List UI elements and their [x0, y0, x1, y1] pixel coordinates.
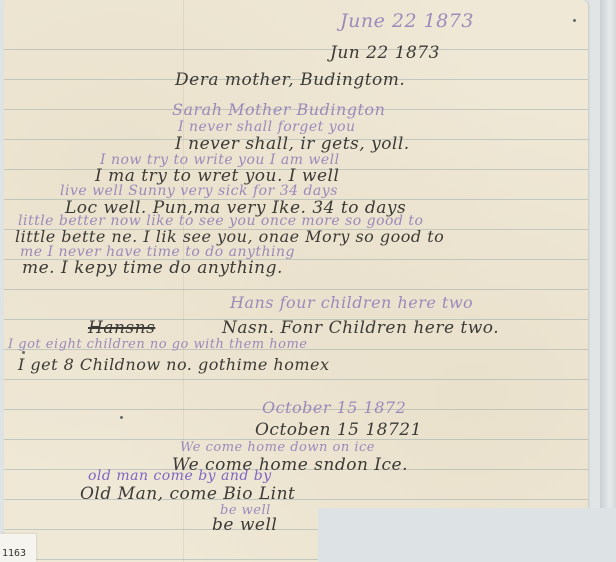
date-annotation: October 15 1872	[262, 398, 406, 417]
letter-line: Old Man, come Bio Lint	[80, 484, 295, 504]
salutation-annotation: Sarah Mother Budington	[172, 100, 385, 119]
catalog-number: 1163	[2, 548, 26, 559]
paper-speck	[120, 416, 123, 419]
line-annotation: We come home down on ice	[180, 440, 375, 455]
letter-date: Octoben 15 18721	[255, 420, 422, 440]
letter-line: I never shall, ir gets, yoll.	[175, 134, 410, 154]
line-annotation: live well Sunny very sick for 34 days	[60, 183, 338, 199]
line-annotation: old man come by and by	[88, 468, 272, 484]
line-annotation: I got eight children no go with them hom…	[8, 337, 307, 352]
letter-line: I get 8 Childnow no. gothime homex	[18, 355, 330, 374]
line-annotation: I never shall forget you	[178, 119, 356, 135]
struck-word: Hansns	[88, 318, 155, 338]
date-annotation: June 22 1873	[340, 10, 474, 32]
scanner-edge	[600, 0, 616, 562]
torn-corner	[318, 508, 616, 562]
letter-line: Nasn. Fonr Children here two.	[222, 318, 499, 338]
paper-speck	[573, 19, 576, 22]
salutation: Dera mother, Budingtom.	[175, 70, 405, 90]
letter-line: me. I kepy time do anything.	[22, 258, 283, 278]
line-annotation: Hans four children here two	[230, 293, 473, 312]
letter-line: be well	[212, 515, 277, 535]
letter-date: Jun 22 1873	[330, 43, 440, 63]
